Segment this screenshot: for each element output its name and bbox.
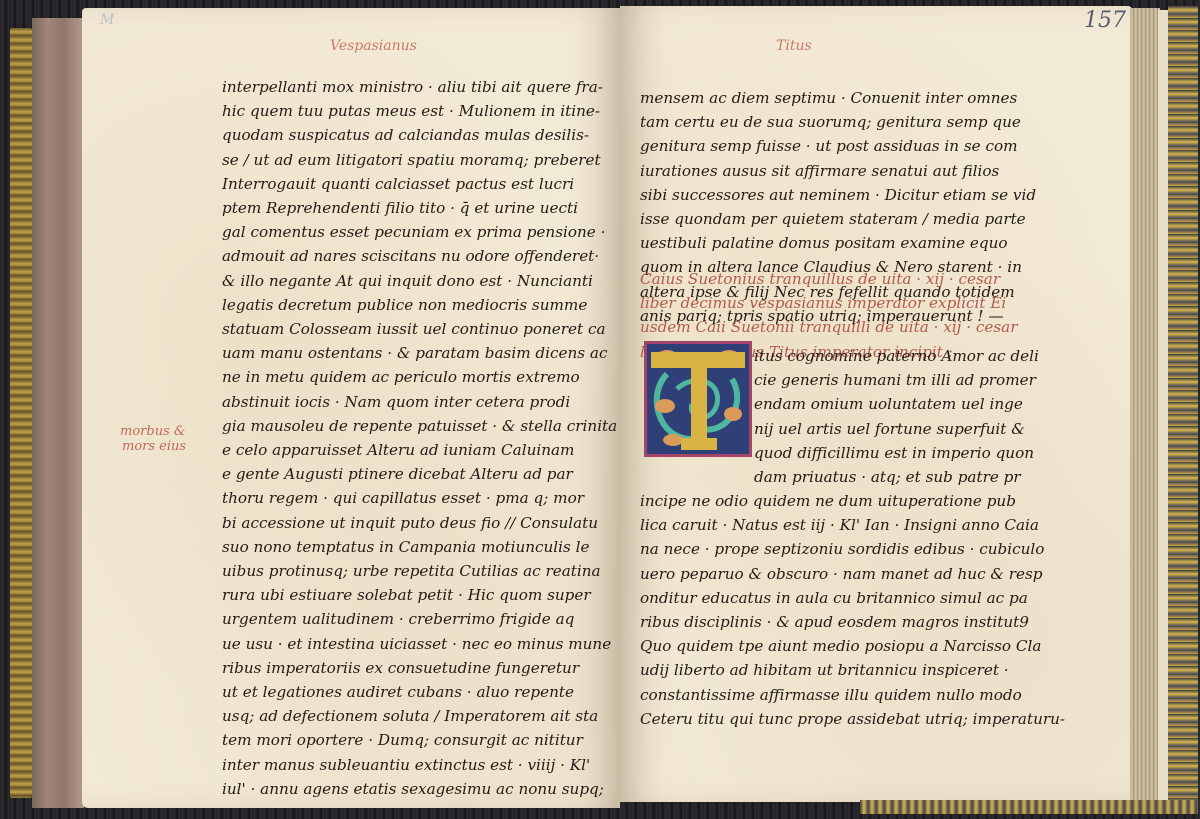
manuscript-line: e gente Augusti ptinere dicebat Alteru a… [222, 462, 617, 486]
manuscript-line: iurationes ausus sit affirmare senatui a… [640, 159, 1036, 183]
manuscript-line: onditur educatus in aula cu britannico s… [640, 586, 1065, 610]
manuscript-line: & illo negante At qui inquit dono est · … [222, 269, 617, 293]
manuscript-line: inter manus subleuantiu extinctus est · … [222, 753, 617, 777]
manuscript-line: itus cognomine paterno Amor ac deli [754, 344, 1039, 368]
left-page-text: interpellanti mox ministro · aliu tibi a… [222, 75, 617, 801]
manuscript-line: admouit ad nares sciscitans nu odore off… [222, 244, 617, 268]
manuscript-line: ut et legationes audiret cubans · aluo r… [222, 680, 617, 704]
left-cover-binding [10, 28, 32, 798]
manuscript-line: Caius Suetonius tranquillus de uita · xi… [640, 267, 1017, 291]
manuscript-line: quodam suspicatus ad calciandas mulas de… [222, 123, 617, 147]
right-page-edges [1130, 8, 1160, 800]
manuscript-line: Quo quidem tpe aiunt medio posiopu a Nar… [640, 634, 1065, 658]
manuscript-line: tam certu eu de sua suorumq; genitura se… [640, 110, 1036, 134]
manuscript-line: usq; ad defectionem soluta / Imperatorem… [222, 704, 617, 728]
manuscript-line: nij uel artis uel fortune superfuit & [754, 417, 1039, 441]
margin-note-line: morbus & [120, 424, 186, 439]
left-page-edges [32, 18, 84, 808]
manuscript-line: tem mori oportere · Dumq; consurgit ac n… [222, 728, 617, 752]
initial-ornament-icon [647, 344, 749, 454]
manuscript-line: mensem ac diem septimu · Conuenit inter … [640, 86, 1036, 110]
manuscript-line: legatis decretum publice non mediocris s… [222, 293, 617, 317]
manuscript-line: ribus imperatoriis ex consuetudine funge… [222, 656, 617, 680]
manuscript-line: gal comentus esset pecuniam ex prima pen… [222, 220, 617, 244]
manuscript-line: constantissime affirmasse illu quidem nu… [640, 683, 1065, 707]
manuscript-line: uam manu ostentans · & paratam basim dic… [222, 341, 617, 365]
manuscript-line: e celo apparuisset Alteru ad iuniam Calu… [222, 438, 617, 462]
running-head-right: Titus [776, 38, 812, 54]
manuscript-line: thoru regem · qui capillatus esset · pma… [222, 486, 617, 510]
manuscript-line: isse quondam per quietem stateram / medi… [640, 207, 1036, 231]
manuscript-line: abstinuit iocis · Nam quom inter cetera … [222, 390, 617, 414]
manuscript-line: udij liberto ad hibitam ut britannicu in… [640, 658, 1065, 682]
manuscript-line: Ceteru titu qui tunc prope assidebat utr… [640, 707, 1065, 731]
manuscript-line: incipe ne odio quidem ne dum uituperatio… [640, 489, 1065, 513]
right-page-text-bottom: incipe ne odio quidem ne dum uituperatio… [640, 489, 1065, 731]
manuscript-line: genitura semp fuisse · ut post assiduas … [640, 134, 1036, 158]
manuscript-line: uestibuli palatine domus positam examine… [640, 231, 1036, 255]
manuscript-line: lica caruit · Natus est iij · Kl' Ian · … [640, 513, 1065, 537]
manuscript-line: uero peparuo & obscuro · nam manet ad hu… [640, 562, 1065, 586]
bottom-cover-binding [860, 800, 1198, 814]
manuscript-line: cie generis humani tm illi ad promer [754, 368, 1039, 392]
manuscript-line: statuam Colosseam iussit uel continuo po… [222, 317, 617, 341]
manuscript-line: suo nono temptatus in Campania motiuncul… [222, 535, 617, 559]
running-head-left: Vespasianus [330, 38, 417, 54]
manuscript-line: rura ubi estiuare solebat petit · Hic qu… [222, 583, 617, 607]
manuscript-line: sibi successores aut neminem · Dicitur e… [640, 183, 1036, 207]
margin-note-line: mors eius [120, 439, 186, 454]
manuscript-line: Interrogauit quanti calciasset pactus es… [222, 172, 617, 196]
manuscript-line: ue usu · et intestina uiciasset · nec eo… [222, 632, 617, 656]
manuscript-line: urgentem ualitudinem · creberrimo frigid… [222, 607, 617, 631]
margin-note: morbus & mors eius [120, 424, 186, 454]
manuscript-line: iul' · annu agens etatis sexagesimu ac n… [222, 777, 617, 801]
manuscript-line: na nece · prope septizoniu sordidis edib… [640, 537, 1065, 561]
manuscript-line: ribus disciplinis · & apud eosdem magros… [640, 610, 1065, 634]
pencil-mark: M [100, 12, 114, 28]
folio-number: 157 [1084, 8, 1126, 33]
manuscript-line: gia mausoleu de repente patuisset · & st… [222, 414, 617, 438]
right-cover-binding [1168, 6, 1198, 814]
manuscript-line: bi accessione ut inquit puto deus fio //… [222, 511, 617, 535]
manuscript-line: liber decimus vespasianus imperator expl… [640, 291, 1017, 315]
manuscript-line: dam priuatus · atq; et sub patre pr [754, 465, 1039, 489]
manuscript-line: ne in metu quidem ac periculo mortis ext… [222, 365, 617, 389]
manuscript-line: interpellanti mox ministro · aliu tibi a… [222, 75, 617, 99]
manuscript-line: ptem Reprehendenti filio tito · q̄ et ur… [222, 196, 617, 220]
manuscript-line: uibus protinusq; urbe repetita Cutilias … [222, 559, 617, 583]
right-page-text-beside-initial: itus cognomine paterno Amor ac delicie g… [754, 344, 1039, 489]
illuminated-initial-t [644, 341, 752, 457]
manuscript-line: hic quem tuu putas meus est · Mulionem i… [222, 99, 617, 123]
manuscript-line: quod difficillimu est in imperio quon [754, 441, 1039, 465]
manuscript-line: se / ut ad eum litigatori spatiu moramq;… [222, 148, 617, 172]
manuscript-line: endam omium uoluntatem uel inge [754, 392, 1039, 416]
manuscript-line: usdem Caii Suetonii tranquilli de uita ·… [640, 315, 1017, 339]
